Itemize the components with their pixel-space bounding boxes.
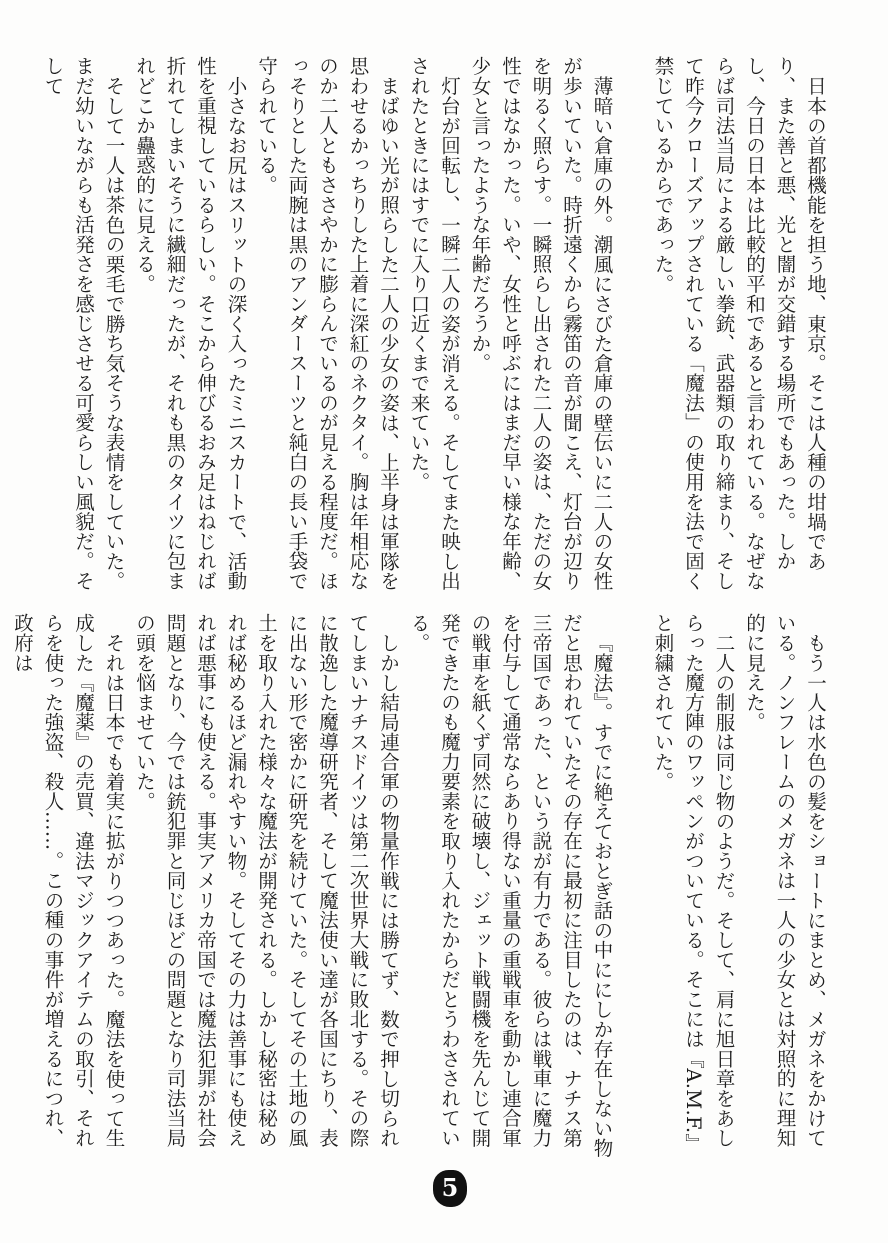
novel-page: 日本の首都機能を担う地、東京。そこは人種の坩堝であり、また善と悪、光と闇が交錯す… [0, 0, 888, 1243]
paragraph: 『魔法』。すでに絶えておとぎ話の中ににしか存在しない物だと思われていたその存在に… [403, 613, 617, 1159]
paragraph: そして一人は茶色の栗毛で勝ち気そうな表情をしていた。まだ幼いながらも活発さを感じ… [37, 56, 129, 597]
paragraph: もう一人は水色の髪をショートにまとめ、メガネをかけている。ノンフレームのメガネは… [739, 613, 831, 1159]
page-number-badge: 5 [433, 1170, 467, 1207]
paragraph: しかし結局連合軍の物量作戦には勝てず、数で押し切られてしまいナチスドイツは第二次… [129, 613, 404, 1159]
page-number: 5 [442, 1176, 459, 1200]
paragraph: 灯台が回転し、一瞬二人の姿が消える。そしてまた映し出されたときにはすでに入り口近… [403, 56, 464, 597]
top-text-block: 日本の首都機能を担う地、東京。そこは人種の坩堝であり、また善と悪、光と闇が交錯す… [54, 56, 830, 597]
paragraph: 薄暗い倉庫の外。潮風にさびた倉庫の壁伝いに二人の女性が歩いていた。時折遠くから霧… [464, 56, 617, 597]
paragraph: 二人の制服は同じ物のようだ。そして、肩に旭日章をあしらった魔方陣のワッペンがつい… [647, 613, 739, 1159]
bottom-text-block: もう一人は水色の髪をショートにまとめ、メガネをかけている。ノンフレームのメガネは… [54, 613, 830, 1159]
paragraph: まばゆい光が照らした二人の少女の姿は、上半身は軍隊を思わせるかっちりした上着に深… [251, 56, 404, 597]
paragraph: 日本の首都機能を担う地、東京。そこは人種の坩堝であり、また善と悪、光と闇が交錯す… [647, 56, 830, 597]
paragraph: 小さなお尻はスリットの深く入ったミニスカートで、活動性を重視しているらしい。そこ… [129, 56, 251, 597]
paragraph: それは日本でも着実に拡がりつつあった。魔法を使って生成した『魔薬』の売買、違法マ… [7, 613, 129, 1159]
